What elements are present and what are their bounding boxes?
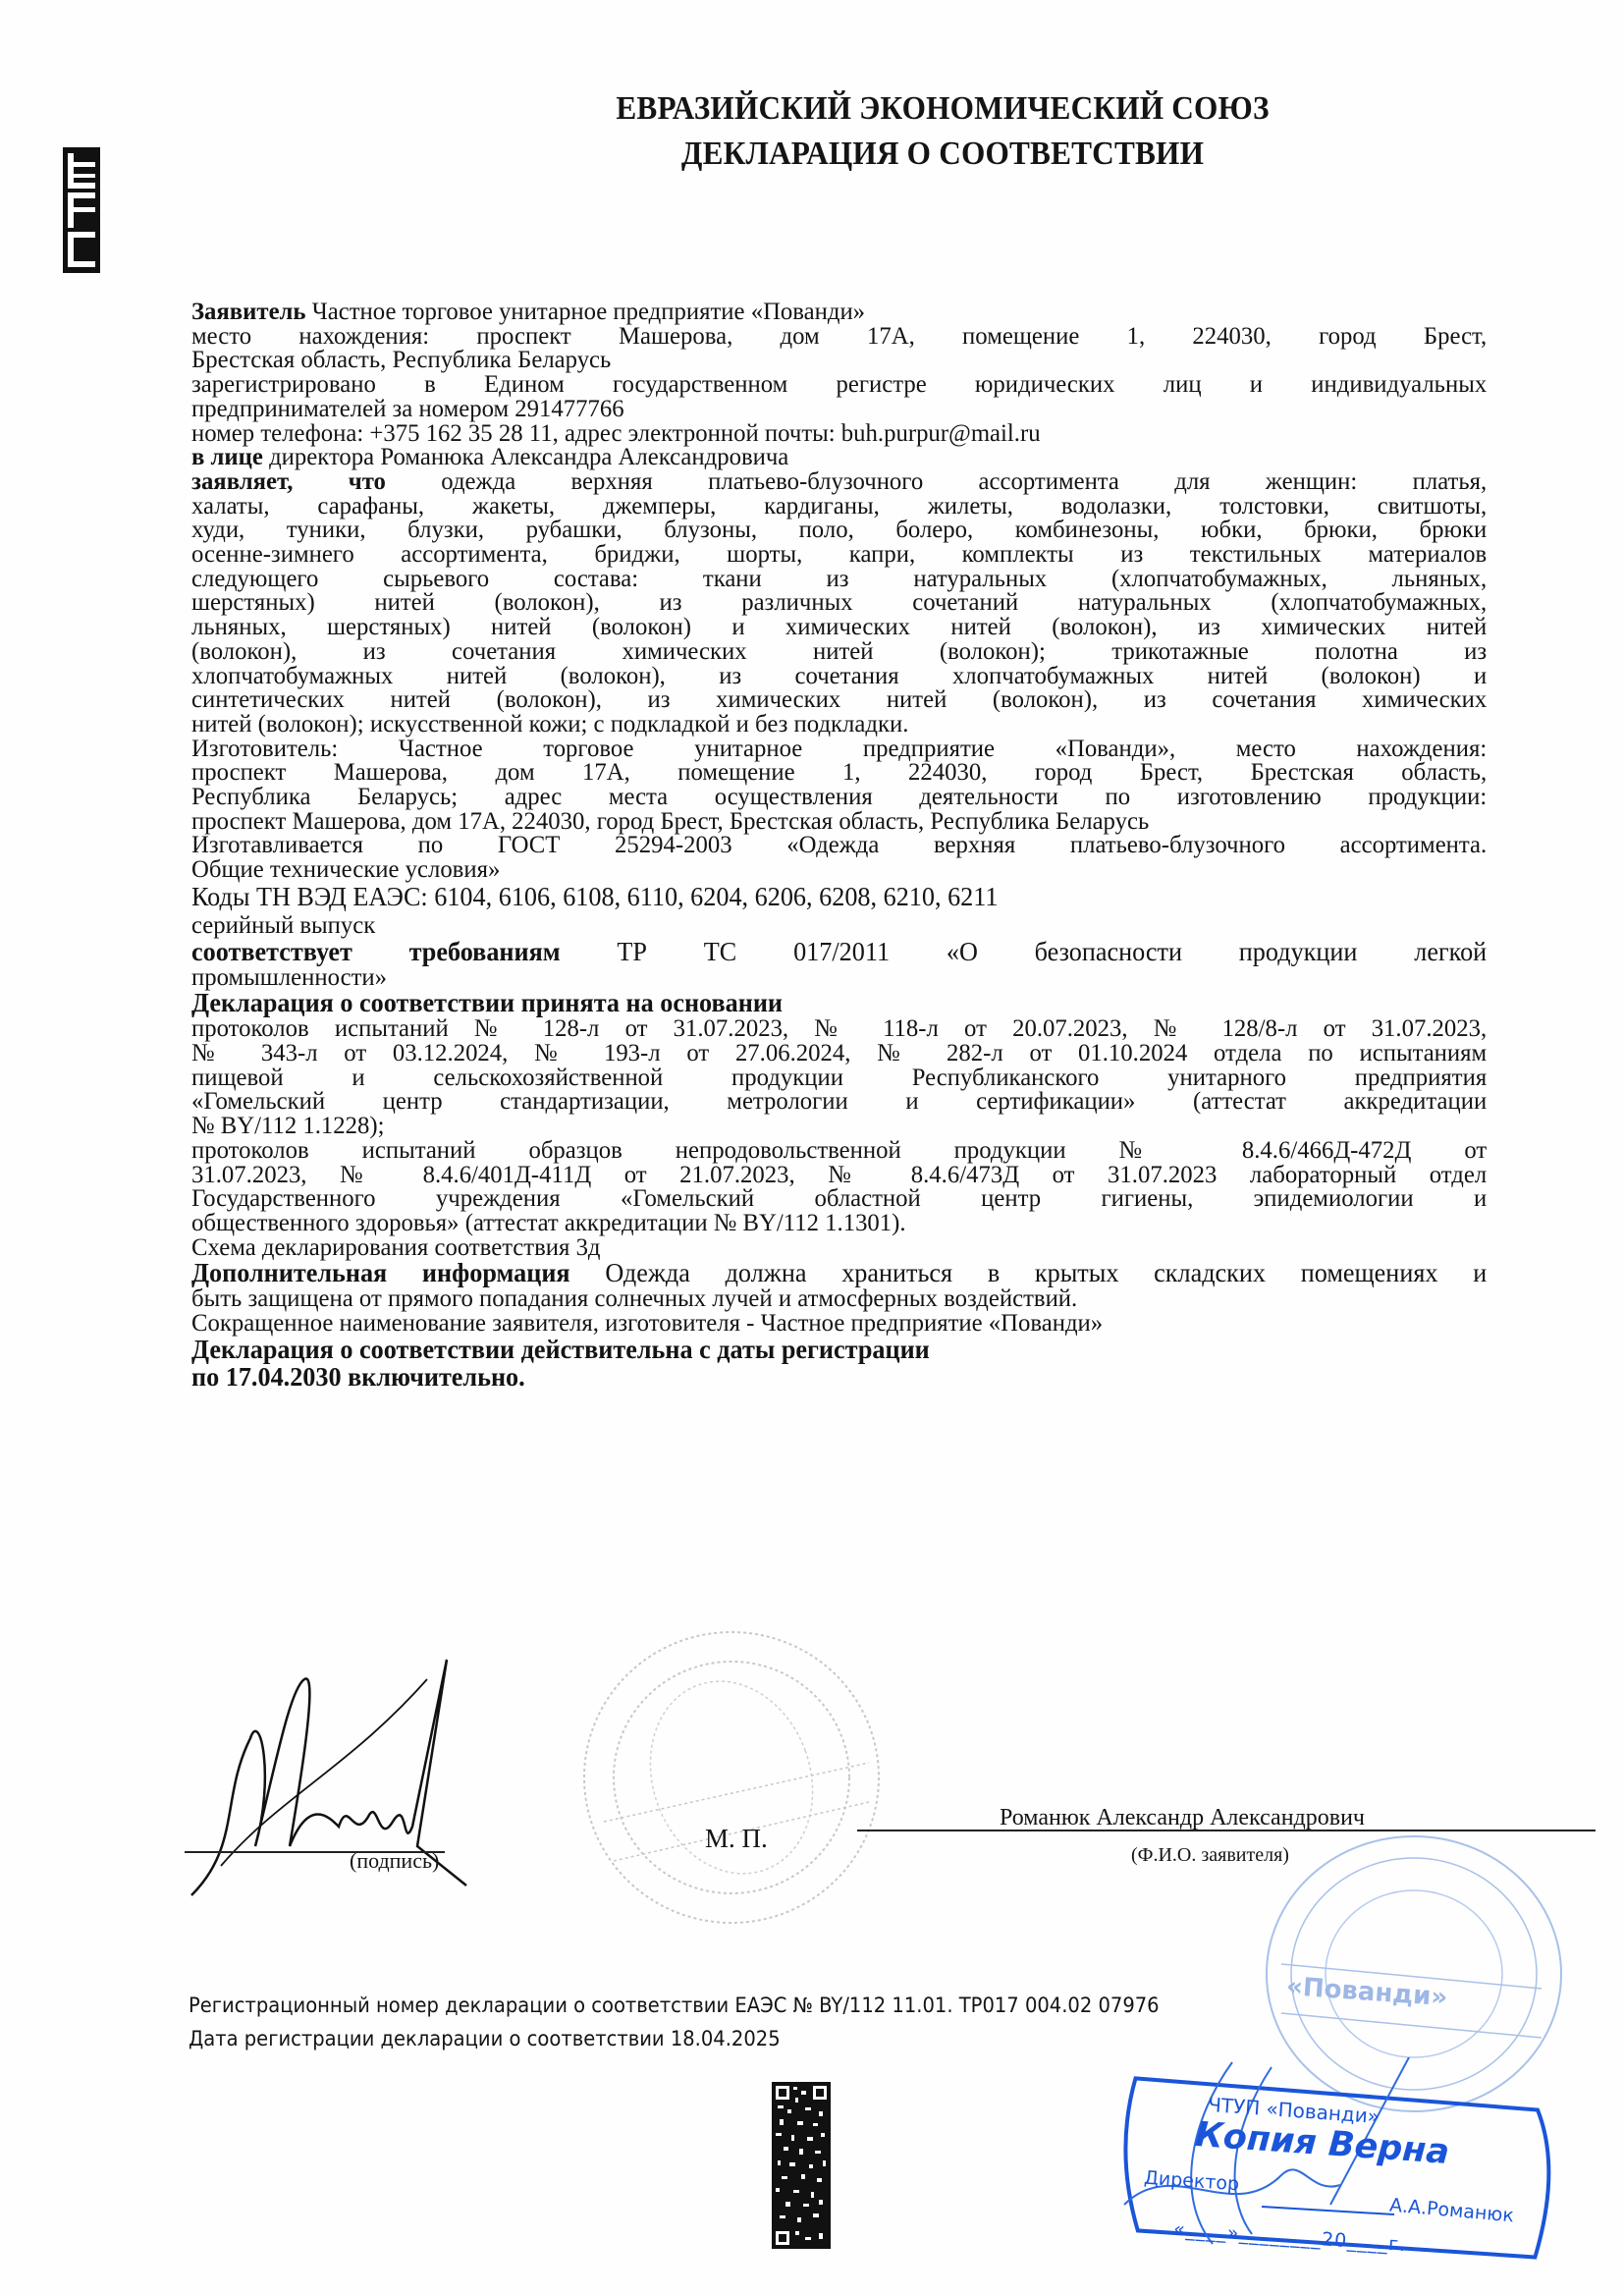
seal-stamp-faded	[574, 1625, 889, 1930]
registration-number: Регистрационный номер декларации о соотв…	[189, 1989, 1160, 2022]
basis-line: протоколов испытаний образцов непродовол…	[191, 1138, 1487, 1163]
basis-line: общественного здоровья» (аттестат аккред…	[191, 1211, 1487, 1235]
registration-info: Регистрационный номер декларации о соотв…	[189, 1989, 1160, 2055]
seal-place-label: М. П.	[705, 1824, 768, 1854]
declaration-body: Заявитель Частное торговое унитарное пре…	[191, 300, 1487, 1391]
certified-copy-stamp: ЧТУП «Пованди» Копия Верна Директор А.А.…	[1114, 2057, 1566, 2268]
applicant-registry-2: предпринимателей за номером 291477766	[191, 397, 1487, 421]
additional-info: Дополнительная информация Одежда должна …	[191, 1259, 1487, 1286]
document-header: ЕВРАЗИЙСКИЙ ЭКОНОМИЧЕСКИЙ СОЮЗ ДЕКЛАРАЦИ…	[491, 86, 1394, 177]
declaration-page: ЕВРАЗИЙСКИЙ ЭКОНОМИЧЕСКИЙ СОЮЗ ДЕКЛАРАЦИ…	[0, 0, 1624, 2295]
basis-line: «Гомельский центр стандартизации, метрол…	[191, 1089, 1487, 1114]
validity-line-2: по 17.04.2030 включительно.	[191, 1363, 1487, 1391]
eac-logo	[63, 147, 100, 273]
declares-line: заявляет, что одежда верхняя платьево-бл…	[191, 469, 1487, 494]
basis-line: № 343-л от 03.12.2024, № 193-л от 27.06.…	[191, 1041, 1487, 1066]
validity-line: Декларация о соответствии действительна …	[191, 1336, 1487, 1363]
union-title: ЕВРАЗИЙСКИЙ ЭКОНОМИЧЕСКИЙ СОЮЗ	[491, 86, 1394, 132]
applicant-line: Заявитель Частное торговое унитарное пре…	[191, 300, 1487, 324]
tn-ved-codes: Коды ТН ВЭД ЕАЭС: 6104, 6106, 6108, 6110…	[191, 882, 1487, 911]
declares-line: нитей (волокон); искусственной кожи; с п…	[191, 712, 1487, 737]
basis-title: Декларация о соответствии принята на осн…	[191, 989, 1487, 1016]
declares-line: (волокон), из сочетания химических нитей…	[191, 639, 1487, 664]
release-type: серийный выпуск	[191, 913, 1487, 938]
qr-code	[772, 2082, 831, 2249]
applicant-full-name: Романюк Александр Александрович	[1000, 1805, 1365, 1831]
eac-mark-icon	[63, 147, 100, 273]
short-name: Сокращенное наименование заявителя, изго…	[191, 1311, 1487, 1336]
signature-caption: (подпись)	[350, 1848, 439, 1874]
standard-line: Общие технические условия»	[191, 857, 1487, 882]
name-caption: (Ф.И.О. заявителя)	[1131, 1844, 1289, 1867]
registration-date: Дата регистрации декларации о соответств…	[189, 2022, 1160, 2055]
declaration-title: ДЕКЛАРАЦИЯ О СООТВЕТСТВИИ	[491, 132, 1394, 177]
conformity-line: соответствует требованиям ТР ТС 017/2011…	[191, 938, 1487, 965]
declaration-scheme: Схема декларирования соответствия 3д	[191, 1235, 1487, 1260]
conformity-line-2: промышленности»	[191, 965, 1487, 990]
